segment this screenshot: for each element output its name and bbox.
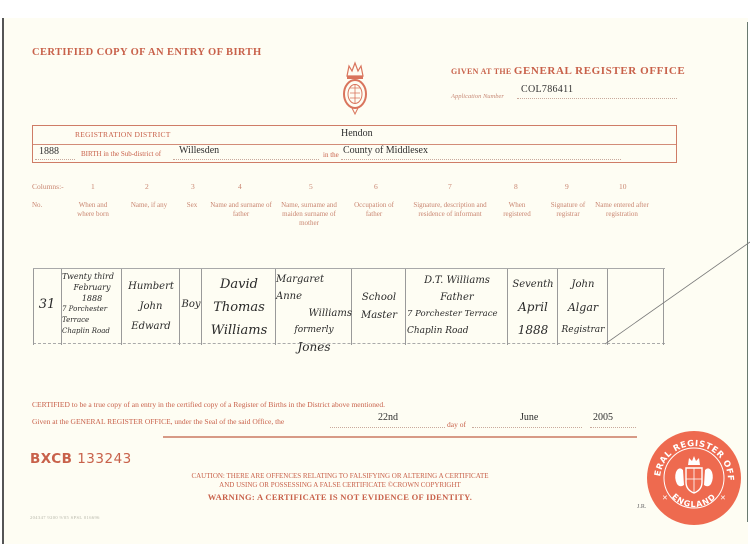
child-name-line: Humbert	[123, 277, 179, 297]
header-no: No.	[32, 201, 42, 210]
application-number-label: Application Number	[451, 93, 504, 100]
general-register-office-seal-icon: GENERAL REGISTER OFFICE ENGLAND ✕ ✕	[646, 430, 742, 526]
caution-line: AND USING OR POSSESSING A FALSE CERTIFIC…	[160, 481, 520, 490]
informant-line: 7 Porchester Terrace	[407, 306, 507, 323]
identity-warning: WARNING: A CERTIFICATE IS NOT EVIDENCE O…	[160, 492, 520, 502]
caution-notice: CAUTION: THERE ARE OFFENCES RELATING TO …	[160, 472, 520, 490]
column-number: 1	[91, 182, 95, 191]
column-number: 10	[619, 182, 627, 191]
registered-line: Seventh	[508, 273, 558, 296]
header-when-registered: When registered	[500, 201, 534, 219]
issue-year: 2005	[593, 412, 613, 423]
entry-sex: Boy	[180, 299, 202, 311]
header-when-where-born: When and where born	[74, 201, 112, 219]
certification-rule	[163, 436, 637, 438]
column-number: 5	[309, 182, 313, 191]
subdistrict-value: Willesden	[179, 145, 219, 156]
registered-line: 1888	[508, 319, 558, 342]
certificate-serial: BXCB 133243	[30, 451, 132, 467]
child-name-line: Edward	[123, 317, 179, 337]
issuing-office: GIVEN AT THE GENERAL REGISTER OFFICE	[451, 65, 685, 77]
mother-name-line: Margaret Anne	[276, 271, 352, 305]
child-name-line: John	[123, 297, 179, 317]
cancellation-diagonal	[605, 238, 750, 348]
informant-line: D.T. Williams	[407, 272, 507, 289]
dotted-line	[173, 159, 319, 160]
father-name-line: Williams	[203, 319, 275, 342]
certificate-title: CERTIFIED COPY OF AN ENTRY OF BIRTH	[32, 47, 262, 58]
entry-registrar: John Algar Registrar	[558, 273, 608, 342]
registration-district-label: REGISTRATION DISTRICT	[75, 130, 171, 139]
dotted-line	[35, 159, 75, 160]
header-informant: Signature, description and residence of …	[406, 201, 494, 219]
birth-date-year: 1888	[62, 293, 122, 304]
birth-date-month: February	[62, 282, 122, 293]
dotted-line	[330, 427, 445, 428]
header-name-after-registration: Name entered after registration	[594, 201, 650, 219]
header-registrar: Signature of registrar	[546, 201, 590, 219]
header-occupation: Occupation of father	[352, 201, 396, 219]
registrar-line: John	[558, 273, 608, 296]
day-of-label: day of	[447, 420, 466, 429]
svg-text:✕: ✕	[720, 494, 726, 502]
application-number-line	[517, 98, 677, 99]
subdistrict-label: BIRTH in the Sub-district of	[81, 150, 161, 158]
print-code: 204347 9200 9/05 SPSL 016696	[30, 515, 100, 520]
serial-number: 133243	[77, 451, 132, 467]
occupation-line: Master	[352, 307, 406, 325]
registration-district-value: Hendon	[341, 128, 373, 139]
registrar-line: Algar	[558, 296, 608, 319]
in-the-label: in the	[323, 151, 339, 159]
header-name: Name, if any	[124, 201, 174, 210]
registered-line: April	[508, 296, 558, 319]
entry-number: 31	[35, 299, 59, 311]
header-mother: Name, surname and maiden surname of moth…	[276, 201, 342, 228]
issue-day: 22nd	[378, 412, 398, 423]
column-number: 6	[374, 182, 378, 191]
application-number: COL786411	[521, 84, 573, 95]
mother-name-line: Jones	[276, 339, 352, 356]
entry-when-registered: Seventh April 1888	[508, 273, 558, 342]
certified-statement: CERTIFIED to be a true copy of an entry …	[32, 400, 385, 409]
svg-text:✕: ✕	[662, 494, 668, 502]
serial-prefix: BXCB	[30, 451, 72, 467]
entry-father: David Thomas Williams	[203, 273, 275, 342]
birth-place-street: 7 Porchester Terrace	[62, 304, 122, 326]
father-name-line: David	[203, 273, 275, 296]
mother-name-line: formerly	[276, 322, 352, 339]
column-number: 2	[145, 182, 149, 191]
given-under-seal-statement: Given at the GENERAL REGISTER OFFICE, un…	[32, 417, 284, 426]
dotted-line	[472, 427, 582, 428]
registrar-line: Registrar	[558, 319, 608, 342]
entry-mother: Margaret Anne Williams formerly Jones	[276, 271, 352, 356]
column-number: 8	[514, 182, 518, 191]
informant-line: Chaplin Road	[407, 323, 507, 340]
header-father: Name and surname of father	[208, 201, 274, 219]
given-at-prefix: GIVEN AT THE	[451, 67, 512, 76]
caution-line: CAUTION: THERE ARE OFFENCES RELATING TO …	[160, 472, 520, 481]
dotted-line	[341, 159, 621, 160]
column-line	[33, 269, 34, 345]
dotted-line	[590, 427, 636, 428]
entry-informant: D.T. Williams Father 7 Porchester Terrac…	[407, 272, 507, 340]
royal-crest-icon	[342, 60, 368, 118]
entry-occupation: School Master	[352, 289, 406, 325]
entry-child-name: Humbert John Edward	[123, 277, 179, 337]
mother-name-line: Williams	[276, 305, 352, 322]
clerk-initials: J.R.	[637, 504, 646, 510]
register-entry-row: 31 Twenty third February 1888 7 Porchest…	[33, 268, 665, 344]
column-number: 7	[448, 182, 452, 191]
entry-when-where-born: Twenty third February 1888 7 Porchester …	[62, 271, 122, 337]
informant-line: Father	[407, 289, 507, 306]
father-name-line: Thomas	[203, 296, 275, 319]
columns-label: Columns:-	[32, 182, 64, 191]
column-number: 4	[238, 182, 242, 191]
column-number: 3	[191, 182, 195, 191]
office-name: GENERAL REGISTER OFFICE	[514, 65, 686, 77]
column-number: 9	[565, 182, 569, 191]
county-value: County of Middlesex	[343, 145, 428, 156]
district-box: REGISTRATION DISTRICT Hendon 1888 BIRTH …	[32, 125, 677, 163]
occupation-line: School	[352, 289, 406, 307]
birth-year: 1888	[39, 146, 59, 157]
birth-place-road: Chaplin Road	[62, 326, 122, 337]
birth-date-day: Twenty third	[62, 271, 122, 282]
header-sex: Sex	[182, 201, 202, 210]
issue-month: June	[520, 412, 538, 423]
